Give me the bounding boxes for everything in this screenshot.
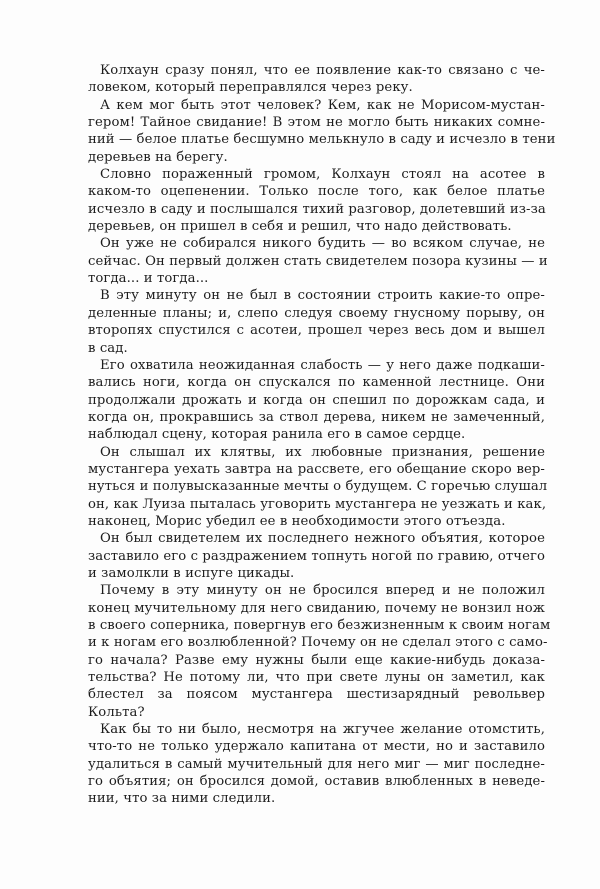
text-line: деревьев на берегу. xyxy=(88,149,545,166)
text-line: второпях спустился с асотеи, прошел чере… xyxy=(88,322,545,339)
text-line: конец мучительному для него свиданию, по… xyxy=(88,600,545,617)
text-line: он, как Луиза пыталась уговорить мустанг… xyxy=(88,496,545,513)
text-line: в своего соперника, повергнув его безжиз… xyxy=(88,617,545,634)
text-line: каком-то оцепенении. Только после того, … xyxy=(88,183,545,200)
text-line: что-то не только удержало капитана от ме… xyxy=(88,738,545,755)
paragraph-first-line: Почему в эту минуту он не бросился впере… xyxy=(88,582,545,599)
text-line: го объятия; он бросился домой, оставив в… xyxy=(88,773,545,790)
text-line: нуться и полувысказанные мечты о будущем… xyxy=(88,478,545,495)
text-line: вались ноги, когда он спускался по камен… xyxy=(88,374,545,391)
text-line: когда он, прокравшись за ствол дерева, н… xyxy=(88,409,545,426)
text-line: ний — белое платье бесшумно мелькнуло в … xyxy=(88,131,545,148)
text-line: Кольта? xyxy=(88,704,545,721)
paragraph-first-line: Словно пораженный громом, Колхаун стоял … xyxy=(88,166,545,183)
paragraph-first-line: Его охватила неожиданная слабость — у не… xyxy=(88,357,545,374)
text-line: продолжали дрожать и когда он спешил по … xyxy=(88,392,545,409)
text-line: блестел за поясом мустангера шестизарядн… xyxy=(88,686,545,703)
text-line: сейчас. Он первый должен стать свидетеле… xyxy=(88,253,545,270)
paragraph-first-line: А кем мог быть этот человек? Кем, как не… xyxy=(88,97,545,114)
text-line: гером! Тайное свидание! В этом не могло … xyxy=(88,114,545,131)
text-line: тельства? Не потому ли, что при свете лу… xyxy=(88,669,545,686)
text-line: нии, что за ними следили. xyxy=(88,790,545,807)
paragraph-first-line: Как бы то ни было, несмотря на жгучее же… xyxy=(88,721,545,738)
paragraph-first-line: В эту минуту он не был в состоянии строи… xyxy=(88,287,545,304)
text-line: мустангера уехать завтра на рассвете, ег… xyxy=(88,461,545,478)
paragraph-first-line: Колхаун сразу понял, что ее появление ка… xyxy=(88,62,545,79)
text-line: в сад. xyxy=(88,340,545,357)
text-line: наконец, Морис убедил ее в необходимости… xyxy=(88,513,545,530)
book-page-text: Колхаун сразу понял, что ее появление ка… xyxy=(88,62,545,808)
text-line: ловеком, который переправлялся через рек… xyxy=(88,79,545,96)
text-line: го начала? Разве ему нужны были еще каки… xyxy=(88,652,545,669)
paragraph-first-line: Он слышал их клятвы, их любовные признан… xyxy=(88,444,545,461)
text-line: деленные планы; и, слепо следуя своему г… xyxy=(88,305,545,322)
text-line: тогда... и тогда... xyxy=(88,270,545,287)
text-line: и замолкли в испуге цикады. xyxy=(88,565,545,582)
text-line: наблюдал сцену, которая ранила его в сам… xyxy=(88,426,545,443)
text-line: и к ногам его возлюбленной? Почему он не… xyxy=(88,634,545,651)
text-line: деревьев, он пришел в себя и решил, что … xyxy=(88,218,545,235)
text-line: заставило его с раздражением топнуть ног… xyxy=(88,548,545,565)
text-line: исчезло в саду и послышался тихий разгов… xyxy=(88,201,545,218)
paragraph-first-line: Он был свидетелем их последнего нежного … xyxy=(88,530,545,547)
paragraph-first-line: Он уже не собирался никого будить — во в… xyxy=(88,235,545,252)
text-line: удалиться в самый мучительный для него м… xyxy=(88,756,545,773)
